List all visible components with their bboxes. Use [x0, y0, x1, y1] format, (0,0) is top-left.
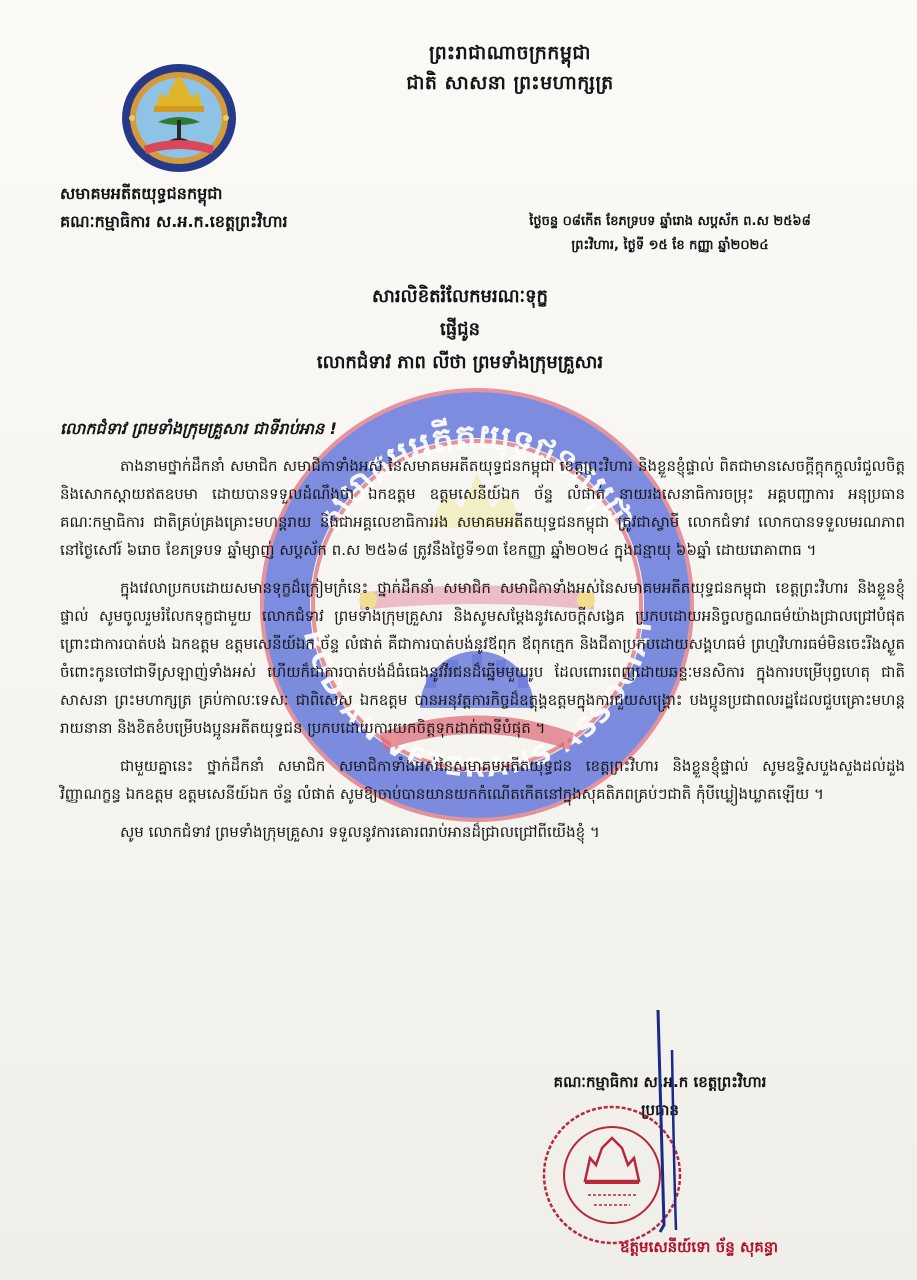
association-logo-icon — [120, 62, 238, 174]
committee-name: គណៈកម្មាធិការ ស.អ.ក.ខេត្តព្រះវិហារ — [60, 208, 288, 236]
kingdom-title: ព្រះរាជាណាចក្រកម្ពុជា — [330, 38, 690, 68]
lunar-date: ថ្ងៃចន្ទ ០៨កើត ខែភទ្របទ ឆ្នាំរោង សប្តស័ក… — [455, 210, 885, 234]
paragraph-prayer: ជាមួយគ្នានេះ ថ្នាក់ដឹកនាំ សមាជិក សមាជិកា… — [60, 752, 905, 808]
kingdom-header: ព្រះរាជាណាចក្រកម្ពុជា ជាតិ សាសនា ព្រះមហា… — [330, 38, 690, 98]
handwritten-signature-icon — [640, 1010, 700, 1240]
letter-page: ព្រះរាជាណាចក្រកម្ពុជា ជាតិ សាសនា ព្រះមហា… — [0, 0, 917, 1280]
letter-title: សារលិខិតរំលែកមរណៈទុក្ខ — [160, 280, 760, 313]
paragraph-condolence: ក្នុងវេលាប្រកបដោយសមានទុក្ខដ៏ក្រៀមក្រំនេះ… — [60, 574, 905, 742]
national-motto: ជាតិ សាសនា ព្រះមហាក្សត្រ — [330, 68, 690, 98]
date-block: ថ្ងៃចន្ទ ០៨កើត ខែភទ្របទ ឆ្នាំរោង សប្តស័ក… — [455, 210, 885, 258]
letter-title-block: សារលិខិតរំលែកមរណៈទុក្ខ ផ្ញើជូន លោកជំទាវ … — [160, 280, 760, 379]
paragraph-announcement: តាងនាមថ្នាក់ដឹកនាំ សមាជិក សមាជិកាទាំងអស់… — [60, 452, 905, 564]
signature-block: គណៈកម្មាធិការ ស.អ.ក ខេត្តព្រះវិហារ ប្រធា… — [470, 1068, 850, 1124]
organization-name: សមាគមអតីតយុទ្ធជនកម្ពុជា — [60, 180, 288, 208]
sent-to-label: ផ្ញើជូន — [160, 313, 760, 346]
letter-body: តាងនាមថ្នាក់ដឹកនាំ សមាជិក សមាជិកាទាំងអស់… — [60, 452, 905, 856]
salutation: លោកជំទាវ ព្រមទាំងក្រុមគ្រួសារ ជាទីរាប់អា… — [60, 418, 337, 442]
signer-role: ប្រធាន — [470, 1096, 850, 1124]
solar-date: ព្រះវិហារ, ថ្ងៃទី ១៥ ខែ កញ្ញា ឆ្នាំ២០២៤ — [455, 234, 885, 258]
official-stamp-icon — [540, 1103, 685, 1248]
signing-committee: គណៈកម្មាធិការ ស.អ.ក ខេត្តព្រះវិហារ — [470, 1068, 850, 1096]
organization-block: សមាគមអតីតយុទ្ធជនកម្ពុជា គណៈកម្មាធិការ ស.… — [60, 180, 288, 236]
recipient-name: លោកជំទាវ ភាព លីថា ព្រមទាំងក្រុមគ្រួសារ — [160, 346, 760, 379]
closing-line: សូម លោកជំទាវ ព្រមទាំងក្រុមគ្រួសារ ទទួលនូ… — [60, 818, 905, 846]
signer-name: ឧត្តមសេនីយ៍ទោ ច័ន្ទ សុគន្ធា — [620, 1238, 778, 1260]
